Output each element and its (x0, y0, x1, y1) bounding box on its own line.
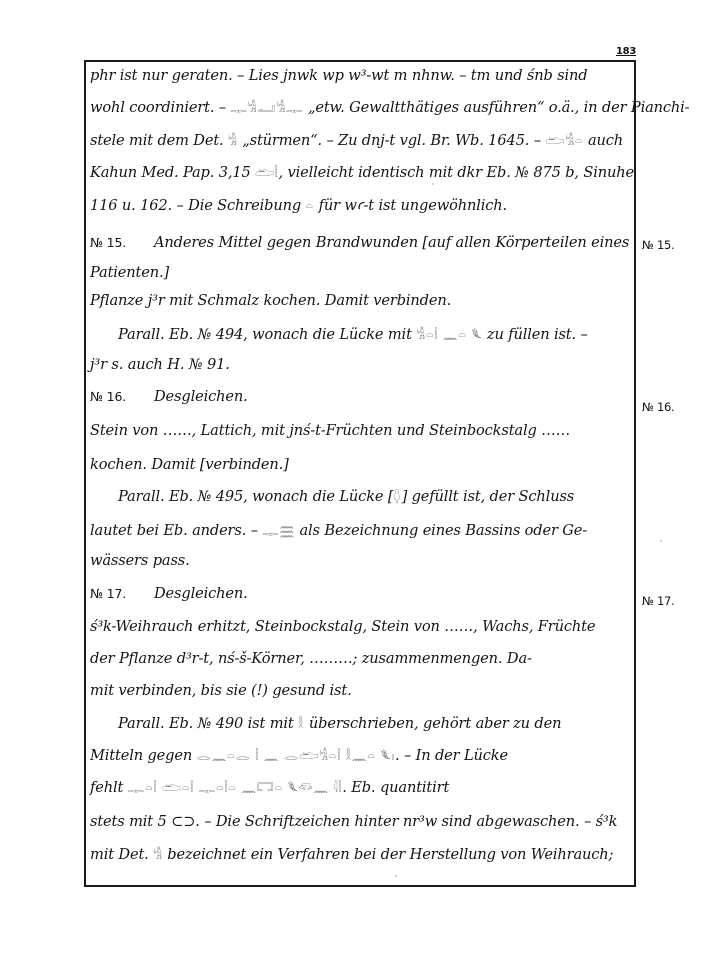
line-text: bezeichnet ein Verfahren bei der Herstel… (163, 846, 614, 863)
recipe-number: № 15. (90, 233, 154, 253)
line-text: der Pflanze d³r-t, nś-š-Körner, ………; zus… (90, 650, 532, 667)
line-text: Desgleichen. (154, 388, 248, 405)
text-line: Parall. Eb. № 494, wonach die Lücke mit … (118, 325, 663, 345)
line-text: Parall. Eb. № 490 ist mit (118, 715, 298, 732)
hieroglyph-group-icon: 𓀜𓏏𓏪 𓈖𓏏 𓆰 (416, 328, 482, 342)
text-line: ś³k-Weihrauch erhitzt, Steinbockstalg, S… (90, 617, 635, 637)
line-text: . Eb. quantitirt (342, 779, 449, 796)
section-heading: № 16.Desgleichen. (90, 387, 635, 407)
hieroglyph-group-icon: 𓏏 (306, 199, 315, 213)
line-text: Kahun Med. Pap. 3,15 (90, 164, 255, 181)
text-line: Stein von ……, Lattich, mit jnś-t-Früchte… (90, 421, 635, 441)
text-line: Patienten.] (90, 263, 635, 283)
line-text: Pflanze j³r mit Schmalz kochen. Damit ve… (90, 292, 451, 309)
line-text: auch (584, 132, 624, 149)
hieroglyph-group-icon: 𓂧𓀜𓏏 (545, 134, 583, 148)
line-text: kochen. Damit [verbinden.] (90, 456, 289, 473)
text-line: Pflanze j³r mit Schmalz kochen. Damit ve… (90, 291, 635, 311)
line-text: Mitteln gegen (90, 747, 197, 764)
text-line: stets mit 5 ⊂⊃. – Die Schriftzeichen hin… (90, 812, 635, 832)
line-text: wohl coordiniert. – (90, 99, 230, 116)
line-text: Anderes Mittel gegen Brandwunden [auf al… (154, 234, 629, 251)
hieroglyph-group-icon: 𓊃𓈗 (262, 524, 295, 538)
line-text: mit Det. (90, 846, 153, 863)
text-line: stele mit dem Det. 𓀜 „stürmen“. – Zu dnj… (90, 131, 635, 151)
text-line: lautet bei Eb. anders. – 𓊃𓈗 als Bezeichn… (90, 521, 635, 541)
text-line: kochen. Damit [verbinden.] (90, 455, 635, 475)
line-text: für wꜥ-t ist ungewöhnlich. (314, 197, 507, 214)
line-text: Parall. Eb. № 495, wonach die Lücke [ (118, 488, 393, 505)
recipe-number: № 16. (90, 387, 154, 407)
text-line: fehlt 𓊃𓏏𓏪 𓂧𓏏𓏪 𓊃𓏏𓏪𓏏 𓈖𓉐𓏏 𓆰𓆛𓈖 𓇋𓏪. Eb. quant… (90, 778, 635, 798)
line-text: Stein von ……, Lattich, mit jnś-t-Früchte… (90, 422, 570, 439)
hieroglyph-group-icon: 𓊃𓏏𓏪 𓂧𓏏𓏪 𓊃𓏏𓏪𓏏 𓈖𓉐𓏏 𓆰𓆛𓈖 𓇋𓏪 (128, 781, 343, 795)
hieroglyph-group-icon: 𓆭 (393, 490, 401, 504)
line-text: , vielleicht identisch mit dkr Eb. № 875… (279, 164, 634, 181)
line-text: mit verbinden, bis sie (!) gesund ist. (90, 682, 352, 699)
line-text: „stürmen“. – Zu dnj-t vgl. Br. Wb. 1645.… (238, 132, 546, 149)
line-text: 116 u. 162. – Die Schreibung (90, 197, 306, 214)
recipe-number: № 17. (90, 584, 154, 604)
text-line: Kahun Med. Pap. 3,15 𓂧𓏪, vielleicht iden… (90, 163, 635, 183)
line-text: Parall. Eb. № 494, wonach die Lücke mit (118, 326, 416, 343)
line-text: Patienten.] (90, 264, 169, 281)
hieroglyph-group-icon: 𓀜 (228, 134, 238, 148)
line-text: j³r s. auch H. № 91. (90, 356, 230, 373)
text-line: phr ist nur geraten. – Lies jnwk wp w³-w… (90, 66, 635, 86)
text-line: Parall. Eb. № 490 ist mit 𓎛 überschriebe… (118, 714, 663, 734)
margin-label-no15: № 15. (642, 238, 674, 252)
line-text: stets mit 5 ⊂⊃. – Die Schriftzeichen hin… (90, 813, 617, 830)
section-heading: № 15.Anderes Mittel gegen Brandwunden [a… (90, 233, 635, 253)
text-line: Parall. Eb. № 495, wonach die Lücke [𓆭] … (118, 487, 663, 507)
text-line: wohl coordiniert. – 𓊃𓀜𓂝𓀜𓊃 „etw. Gewaltth… (90, 98, 635, 118)
text-line: wässers pass. (90, 551, 635, 571)
line-text: wässers pass. (90, 552, 190, 569)
hieroglyph-group-icon: 𓀜 (153, 848, 163, 862)
line-text: . – In der Lücke (395, 747, 508, 764)
text-line: der Pflanze d³r-t, nś-š-Körner, ………; zus… (90, 649, 635, 669)
line-text: ] gefüllt ist, der Schluss (402, 488, 575, 505)
page-number: 183 (616, 46, 636, 57)
line-text: überschrieben, gehört aber zu den (304, 715, 561, 732)
hieroglyph-group-icon: 𓂋𓈖𓏏𓂋 𓏪 𓈖 𓂋𓂧𓀜𓏏𓏪 𓎛𓈖𓏏 𓆰𓏤 (197, 749, 395, 763)
line-text: fehlt (90, 779, 128, 796)
line-text: phr ist nur geraten. – Lies jnwk wp w³-w… (90, 67, 587, 84)
line-text: ś³k-Weihrauch erhitzt, Steinbockstalg, S… (90, 618, 595, 635)
text-line: Mitteln gegen 𓂋𓈖𓏏𓂋 𓏪 𓈖 𓂋𓂧𓀜𓏏𓏪 𓎛𓈖𓏏 𓆰𓏤. – I… (90, 746, 635, 766)
hieroglyph-group-icon: 𓂧𓏪 (255, 166, 278, 180)
text-line: mit Det. 𓀜 bezeichnet ein Verfahren bei … (90, 845, 635, 865)
line-text: Desgleichen. (154, 585, 248, 602)
line-text: lautet bei Eb. anders. – (90, 522, 262, 539)
line-text: zu füllen ist. – (482, 326, 587, 343)
text-line: j³r s. auch H. № 91. (90, 355, 635, 375)
margin-label-no16: № 16. (642, 400, 674, 414)
text-line: mit verbinden, bis sie (!) gesund ist. (90, 681, 635, 701)
line-text: „etw. Gewaltthätiges ausführen“ o.ä., in… (303, 99, 689, 116)
line-text: stele mit dem Det. (90, 132, 228, 149)
section-heading: № 17.Desgleichen. (90, 584, 635, 604)
margin-label-no17: № 17. (642, 594, 674, 608)
text-line: 116 u. 162. – Die Schreibung 𓏏 für wꜥ-t … (90, 196, 635, 216)
line-text: als Bezeichnung eines Bassins oder Ge- (295, 522, 587, 539)
hieroglyph-group-icon: 𓊃𓀜𓂝𓀜𓊃 (230, 101, 303, 115)
